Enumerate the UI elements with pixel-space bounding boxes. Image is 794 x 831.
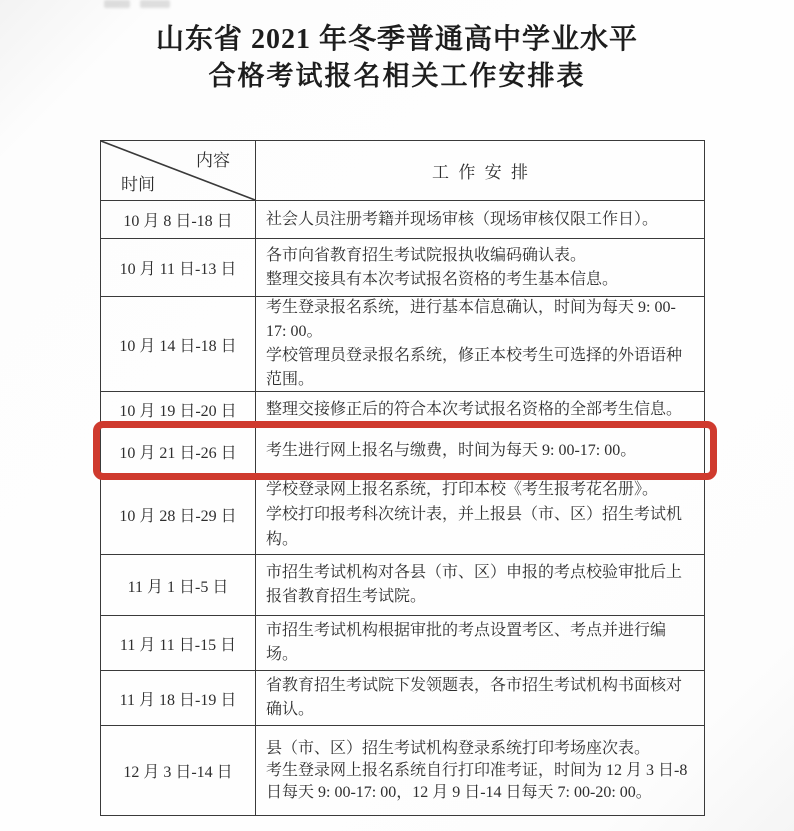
date-cell: 11 月 1 日-5 日: [101, 555, 256, 615]
date-cell: 12 月 3 日-14 日: [101, 726, 256, 815]
work-text: 考生进行网上报名与缴费，时间为每天 9: 00-17: 00。: [266, 439, 692, 463]
date-cell: 10 月 28 日-29 日: [101, 475, 256, 554]
work-cell: 市招生考试机构对各县（市、区）申报的考点校验审批后上报省教育招生考试院。: [256, 555, 704, 615]
work-cell: 学校登录网上报名系统，打印本校《考生报考花名册》。 学校打印报考科次统计表，并上…: [256, 475, 704, 554]
work-cell: 县（市、区）招生考试机构登录系统打印考场座次表。 考生登录网上报名系统自行打印准…: [256, 726, 704, 815]
table-row: 10 月 8 日-18 日 社会人员注册考籍并现场审核（现场审核仅限工作日）。: [101, 200, 704, 238]
work-cell: 考生进行网上报名与缴费，时间为每天 9: 00-17: 00。: [256, 428, 704, 474]
work-cell: 考生登录报名系统，进行基本信息确认，时间为每天 9: 00-17: 00。 学校…: [256, 297, 704, 391]
work-text: 学校打印报考科次统计表，并上报县（市、区）招生考试机构。: [266, 502, 692, 552]
table-row: 11 月 1 日-5 日 市招生考试机构对各县（市、区）申报的考点校验审批后上报…: [101, 554, 704, 615]
work-text: 市招生考试机构根据审批的考点设置考区、考点并进行编场。: [266, 619, 692, 667]
table-row-highlighted: 10 月 21 日-26 日 考生进行网上报名与缴费，时间为每天 9: 00-1…: [101, 427, 704, 474]
table-header-row: 内容 时间 工作安排: [101, 141, 704, 200]
work-text: 整理交接具有本次考试报名资格的考生基本信息。: [266, 268, 692, 292]
date-cell: 10 月 11 日-13 日: [101, 239, 256, 296]
date-cell: 11 月 11 日-15 日: [101, 616, 256, 670]
work-cell: 整理交接修正后的符合本次考试报名资格的全部考生信息。: [256, 392, 704, 427]
header-content-label: 内容: [196, 146, 230, 171]
work-cell: 社会人员注册考籍并现场审核（现场审核仅限工作日）。: [256, 201, 704, 238]
page-title-line1: 山东省 2021 年冬季普通高中学业水平: [0, 22, 794, 58]
work-cell: 市招生考试机构根据审批的考点设置考区、考点并进行编场。: [256, 616, 704, 670]
work-text: 考生登录网上报名系统自行打印准考证，时间为 12 月 3 日-8 日每天 9: …: [266, 760, 692, 804]
work-text: 市招生考试机构对各县（市、区）申报的考点校验审批后上报省教育招生考试院。: [266, 561, 692, 609]
date-cell: 10 月 19 日-20 日: [101, 392, 256, 427]
date-cell: 10 月 21 日-26 日: [101, 428, 256, 474]
work-text: 学校管理员登录报名系统，修正本校考生可选择的外语语种范围。: [266, 344, 692, 392]
page-title: 山东省 2021 年冬季普通高中学业水平 合格考试报名相关工作安排表: [0, 22, 794, 94]
work-text: 整理交接修正后的符合本次考试报名资格的全部考生信息。: [266, 398, 692, 422]
schedule-table: 内容 时间 工作安排 10 月 8 日-18 日 社会人员注册考籍并现场审核（现…: [100, 140, 705, 816]
date-cell: 11 月 18 日-19 日: [101, 671, 256, 725]
work-text: 社会人员注册考籍并现场审核（现场审核仅限工作日）。: [266, 208, 692, 232]
table-row: 10 月 19 日-20 日 整理交接修正后的符合本次考试报名资格的全部考生信息…: [101, 391, 704, 427]
table-row: 11 月 18 日-19 日 省教育招生考试院下发领题表，各市招生考试机构书面核…: [101, 670, 704, 725]
work-text: 县（市、区）招生考试机构登录系统打印考场座次表。: [266, 738, 692, 760]
work-text: 学校登录网上报名系统，打印本校《考生报考花名册》。: [266, 477, 692, 502]
work-text: 考生登录报名系统，进行基本信息确认，时间为每天 9: 00-17: 00。: [266, 296, 692, 344]
table-row: 12 月 3 日-14 日 县（市、区）招生考试机构登录系统打印考场座次表。 考…: [101, 725, 704, 815]
cropped-faint-text: [104, 0, 176, 9]
work-cell: 各市向省教育招生考试院报执收编码确认表。 整理交接具有本次考试报名资格的考生基本…: [256, 239, 704, 296]
date-cell: 10 月 8 日-18 日: [101, 201, 256, 238]
work-text: 各市向省教育招生考试院报执收编码确认表。: [266, 244, 692, 268]
work-text: 省教育招生考试院下发领题表，各市招生考试机构书面核对确认。: [266, 674, 692, 722]
date-cell: 10 月 14 日-18 日: [101, 297, 256, 391]
table-row: 10 月 14 日-18 日 考生登录报名系统，进行基本信息确认，时间为每天 9…: [101, 296, 704, 391]
work-cell: 省教育招生考试院下发领题表，各市招生考试机构书面核对确认。: [256, 671, 704, 725]
table-row: 10 月 28 日-29 日 学校登录网上报名系统，打印本校《考生报考花名册》。…: [101, 474, 704, 554]
page-title-line2: 合格考试报名相关工作安排表: [0, 58, 794, 94]
table-row: 11 月 11 日-15 日 市招生考试机构根据审批的考点设置考区、考点并进行编…: [101, 615, 704, 670]
table-row: 10 月 11 日-13 日 各市向省教育招生考试院报执收编码确认表。 整理交接…: [101, 238, 704, 296]
header-cell-time-content: 内容 时间: [101, 141, 256, 200]
header-work-label: 工作安排: [256, 141, 704, 200]
header-time-label: 时间: [121, 170, 155, 195]
